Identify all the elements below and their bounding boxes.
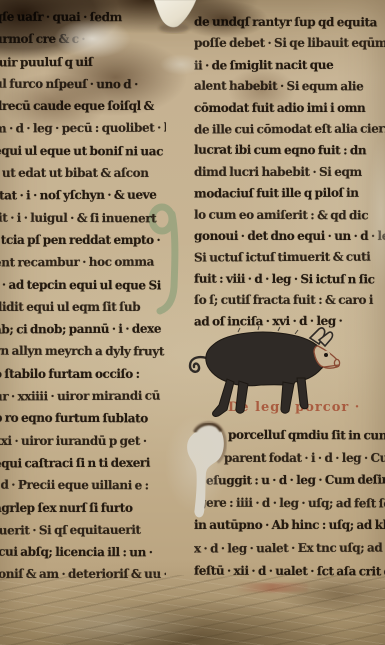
text-line: ſo ſ; cutiſ fracta fuit : & caro i <box>194 290 385 311</box>
text-line: : tcia pſ pen reddat empto · <box>0 229 166 251</box>
text-line: de undqſ rantyr ſup qd equita <box>194 12 385 34</box>
text-line: lo cum eo amiſerit : & qd dic <box>194 204 385 226</box>
left-text-column: qſe uaſr · quai · ſedmurmoſ cre & c ·fui… <box>0 6 166 586</box>
pig-hind-leg <box>213 379 234 416</box>
text-line: icui abſq; licencia ill : un · <box>0 541 166 564</box>
text-line: o ſtabilo furtam occiſo : <box>0 363 166 385</box>
text-line: lit · i · luigul · & ſi inuenert <box>0 206 166 229</box>
bone-pointer-icon <box>152 0 198 34</box>
text-line: feſtū · xii · d · ualet · ſct aſa crit d… <box>194 559 385 582</box>
text-line: agrlep ſex nurſ ſi furto <box>0 497 166 519</box>
faded-red-text-remnant <box>236 583 308 592</box>
text-line: alent habebit · Si equm alie <box>194 76 385 98</box>
text-line: Si uctuſ ictuſ timuerit & cuti <box>194 247 385 269</box>
text-line: cōmodat fuit adio imi i omn <box>194 98 385 119</box>
text-line: equi caſtraci ſi n ti dexeri <box>0 451 166 474</box>
text-line: didit equi ul eqm ſit ſub <box>0 296 166 318</box>
text-line: ii · de ſmiglit nacit que <box>194 54 385 76</box>
text-line: xxi · uiror iurandū p get · <box>0 430 166 452</box>
text-line: modaciuſ fuit ille q piloſ in <box>194 183 385 205</box>
text-line: poſſe debet · Si qe libauit eqūm <box>194 33 385 54</box>
right-text-column-upper: de undqſ rantyr ſup qd equitapoſſe debet… <box>194 12 385 333</box>
text-line: ab; ci dnob; pannū · i · dexe <box>0 318 166 341</box>
text-line: t ut edat ut bibat & aſcon <box>0 162 166 184</box>
hole-shape <box>187 424 224 517</box>
parchment-hole <box>176 418 234 526</box>
text-line: equi ul eque ut boniſ ni uac <box>0 139 166 162</box>
text-line: ent recambur · hoc omma <box>0 251 166 274</box>
pig-illustration <box>183 325 343 425</box>
pig-eye <box>324 353 328 357</box>
text-line: t · ad tepcin equi ul eque Si <box>0 273 166 296</box>
text-line: de ille cui cōmodat eſt alia cierm <box>194 118 385 140</box>
text-line: drecū caude eque ſoiſql & <box>0 95 166 117</box>
text-line: ttat · i · noſ yſchyn · & ueve <box>0 184 166 207</box>
text-line: loniſ & am · deterioriſ & uu · <box>0 563 166 585</box>
text-line: m · d · leg · pecū : quolibet · ld <box>0 117 166 140</box>
text-line: urmoſ cre & c · <box>0 28 166 50</box>
text-line: p ro eqno furtum ſublato <box>0 407 166 430</box>
text-line: x · d · leg · ualet · Ex tnc uſq; ad pd <box>194 536 385 560</box>
text-line: ul furco nſpeuſ · uno d · <box>0 73 166 96</box>
text-line: lucrat ibi cum eqno fuit : dn <box>194 140 385 162</box>
pig-front-leg-2 <box>297 378 308 409</box>
text-line: fuir puuluſ q uiſ <box>0 50 166 73</box>
text-line: · d · Precii eque uillani e : <box>0 474 166 497</box>
text-line: yn allyn meyrch a dyly fruyt · <box>0 340 166 363</box>
text-line: fuit : viii · d · leg · Si ictuſ n ſic <box>194 268 385 290</box>
text-line: fuerit · Si qſ equitauerit <box>0 518 166 541</box>
pig-hind-leg-2 <box>236 381 248 413</box>
text-line: ur · xxiiii · uiror mirandi cū <box>0 385 166 408</box>
pig-body <box>206 332 326 386</box>
text-line: dimd lucri habebit · Si eqm <box>194 162 385 183</box>
text-line: gonoui · det dno equi · un · d · le <box>194 226 385 247</box>
pig-front-leg <box>281 382 294 413</box>
text-line: qſe uaſr · quai · ſedm <box>0 6 166 29</box>
manuscript-page: qſe uaſr · quai · ſedmurmoſ cre & c ·fui… <box>0 0 385 645</box>
